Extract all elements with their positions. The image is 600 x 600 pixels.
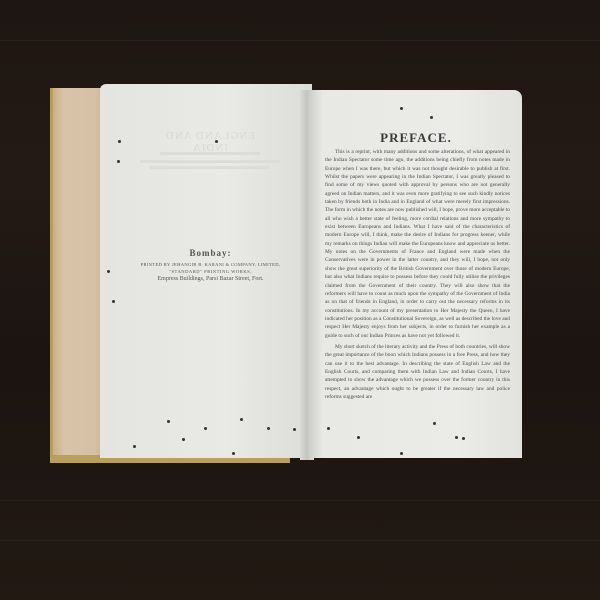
foxing-spot bbox=[267, 427, 270, 430]
paragraph: This is a reprint, with many additions a… bbox=[325, 148, 510, 340]
foxing-spot bbox=[133, 445, 136, 448]
imprint-city: Bombay: bbox=[118, 248, 303, 258]
ghost-title: ENGLAND AND INDIA bbox=[145, 130, 275, 154]
ghost-line bbox=[160, 152, 260, 155]
paragraph: My short sketch of the literary activity… bbox=[325, 343, 510, 401]
foxing-spot bbox=[182, 438, 185, 441]
foxing-spot bbox=[167, 420, 170, 423]
ghost-line bbox=[140, 160, 280, 163]
foxing-spot bbox=[240, 418, 243, 421]
foxing-spot bbox=[455, 436, 458, 439]
wood-grain bbox=[0, 540, 600, 541]
foxing-spot bbox=[433, 422, 436, 425]
foxing-spot bbox=[112, 300, 115, 303]
foxing-spot bbox=[204, 427, 207, 430]
imprint-address: Empress Buildings, Parsi Bazar Street, F… bbox=[118, 275, 303, 283]
preface-title: PREFACE. bbox=[310, 130, 522, 146]
foxing-spot bbox=[117, 160, 120, 163]
foxing-spot bbox=[357, 436, 360, 439]
foxing-spot bbox=[327, 427, 330, 430]
imprint-printer: PRINTED BY JEHANGIR B. KARANI & COMPANY,… bbox=[118, 261, 303, 268]
foxing-spot bbox=[232, 452, 235, 455]
foxing-spot bbox=[118, 140, 121, 143]
foxing-spot bbox=[462, 437, 465, 440]
preface-body: This is a reprint, with many additions a… bbox=[325, 148, 510, 401]
wood-grain bbox=[0, 40, 600, 41]
foxing-spot bbox=[430, 116, 433, 119]
printer-imprint: Bombay: PRINTED BY JEHANGIR B. KARANI & … bbox=[118, 248, 303, 283]
foxing-spot bbox=[107, 270, 110, 273]
foxing-spot bbox=[293, 428, 296, 431]
foxing-spot bbox=[215, 140, 218, 143]
wood-grain bbox=[0, 500, 600, 501]
foxing-spot bbox=[400, 107, 403, 110]
imprint-works: "STANDARD" PRINTING WORKS, bbox=[118, 268, 303, 275]
ghost-line bbox=[150, 166, 270, 169]
book-cover bbox=[50, 88, 105, 463]
foxing-spot bbox=[400, 452, 403, 455]
